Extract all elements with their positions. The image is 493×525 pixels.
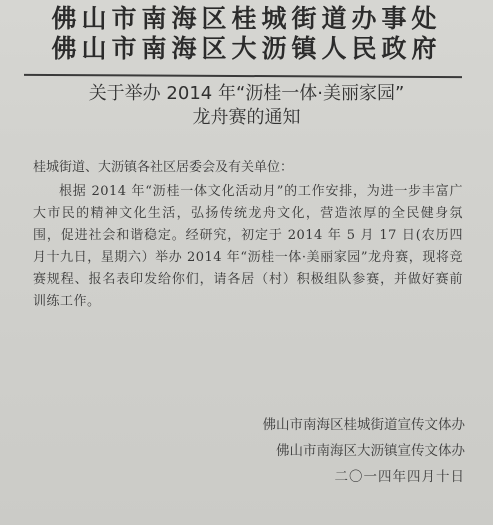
document-page: 佛山市南海区桂城街道办事处 佛山市南海区大沥镇人民政府 关于举办 2014 年“… [0,0,493,525]
title-line-2: 龙舟赛的通知 [0,106,493,130]
letterhead-issuer-2: 佛山市南海区大沥镇人民政府 [0,34,493,64]
signature-date: 二〇一四年四月十日 [263,464,466,490]
letterhead-divider [24,74,462,78]
title-line-1: 关于举办 2014 年“沥桂一体·美丽家园” [0,82,493,106]
signature-issuer-2: 佛山市南海区大沥镇宣传文体办 [263,438,466,464]
signature-issuer-1: 佛山市南海区桂城街道宣传文体办 [263,412,466,438]
body-paragraph: 根据 2014 年“沥桂一体文化活动月”的工作安排，为进一步丰富广大市民的精神文… [33,181,463,313]
salutation: 桂城街道、大沥镇各社区居委会及有关单位： [33,157,463,179]
letterhead-issuer-1: 佛山市南海区桂城街道办事处 [0,4,493,34]
document-body: 桂城街道、大沥镇各社区居委会及有关单位： 根据 2014 年“沥桂一体文化活动月… [33,157,463,313]
signature-block: 佛山市南海区桂城街道宣传文体办 佛山市南海区大沥镇宣传文体办 二〇一四年四月十日 [263,412,466,490]
document-title: 关于举办 2014 年“沥桂一体·美丽家园” 龙舟赛的通知 [0,82,493,130]
letterhead: 佛山市南海区桂城街道办事处 佛山市南海区大沥镇人民政府 [0,4,493,64]
